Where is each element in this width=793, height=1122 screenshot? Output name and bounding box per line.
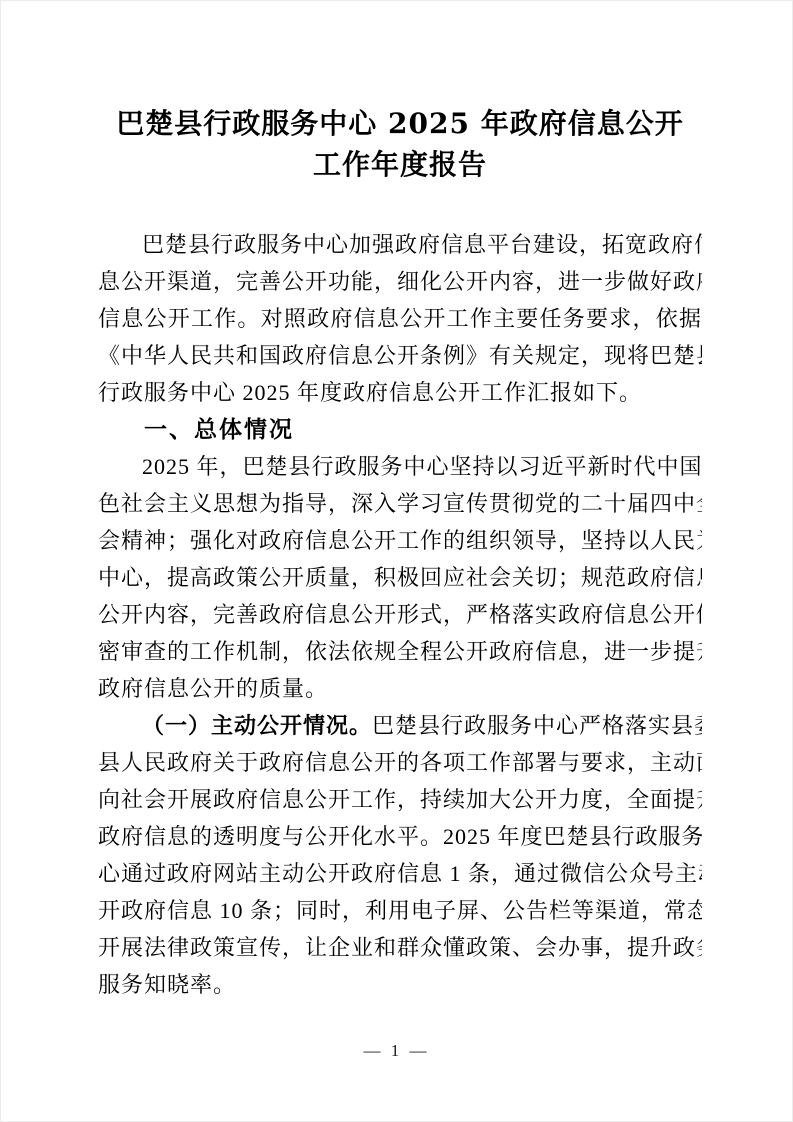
text-line: 开展法律政策宣传，让企业和群众懂政策、会办事，提升政务: [98, 929, 702, 966]
text-line: 2025 年，巴楚县行政服务中心坚持以习近平新时代中国特: [98, 448, 702, 485]
text-line: 县人民政府关于政府信息公开的各项工作部署与要求，主动面: [98, 744, 702, 781]
text-line: 向社会开展政府信息公开工作，持续加大公开力度，全面提升: [98, 781, 702, 818]
paragraph-overall-situation: 2025 年，巴楚县行政服务中心坚持以习近平新时代中国特色社会主义思想为指导，深…: [98, 448, 702, 707]
text-line: 公开内容，完善政府信息公开形式，严格落实政府信息公开保: [98, 596, 702, 633]
text-line: 中心，提高政策公开质量，积极回应社会关切；规范政府信息: [98, 559, 702, 596]
text-line: 色社会主义思想为指导，深入学习宣传贯彻党的二十届四中全: [98, 485, 702, 522]
document-page: 巴楚县行政服务中心 2025 年政府信息公开 工作年度报告 巴楚县行政服务中心加…: [0, 0, 793, 1122]
text-line: 行政服务中心 2025 年度政府信息公开工作汇报如下。: [98, 374, 702, 411]
paragraph-intro: 巴楚县行政服务中心加强政府信息平台建设，拓宽政府信息公开渠道，完善公开功能，细化…: [98, 226, 702, 411]
document-body: 巴楚县行政服务中心加强政府信息平台建设，拓宽政府信息公开渠道，完善公开功能，细化…: [98, 226, 702, 1003]
proactive-disclosure-lines: 县人民政府关于政府信息公开的各项工作部署与要求，主动面向社会开展政府信息公开工作…: [98, 744, 702, 1003]
section-heading-overall-situation: 一、总体情况: [98, 411, 702, 448]
text-line: 会精神；强化对政府信息公开工作的组织领导，坚持以人民为: [98, 522, 702, 559]
proactive-disclosure-lead: （一）主动公开情况。: [142, 713, 372, 738]
paragraph-proactive-disclosure: （一）主动公开情况。巴楚县行政服务中心严格落实县委、 县人民政府关于政府信息公开…: [98, 707, 702, 1003]
text-line: 政府信息的透明度与公开化水平。2025 年度巴楚县行政服务中: [98, 818, 702, 855]
text-line: 《中华人民共和国政府信息公开条例》有关规定，现将巴楚县: [98, 337, 702, 374]
text-line: 心通过政府网站主动公开政府信息 1 条，通过微信公众号主动公: [98, 855, 702, 892]
proactive-disclosure-lead-line-rest: 巴楚县行政服务中心严格落实县委、: [372, 713, 702, 738]
text-line: 开政府信息 10 条；同时，利用电子屏、公告栏等渠道，常态化: [98, 892, 702, 929]
text-line: 政府信息公开的质量。: [98, 670, 702, 707]
text-line: 息公开渠道，完善公开功能，细化公开内容，进一步做好政府: [98, 263, 702, 300]
document-title-line-2: 工作年度报告: [98, 144, 702, 185]
document-content: 巴楚县行政服务中心 2025 年政府信息公开 工作年度报告 巴楚县行政服务中心加…: [1, 103, 792, 1003]
text-line: 信息公开工作。对照政府信息公开工作主要任务要求，依据: [98, 300, 702, 337]
document-title-line-1: 巴楚县行政服务中心 2025 年政府信息公开: [98, 103, 702, 144]
proactive-disclosure-lead-line: （一）主动公开情况。巴楚县行政服务中心严格落实县委、: [98, 707, 702, 744]
text-line: 巴楚县行政服务中心加强政府信息平台建设，拓宽政府信: [98, 226, 702, 263]
text-line: 服务知晓率。: [98, 966, 702, 1003]
document-title: 巴楚县行政服务中心 2025 年政府信息公开 工作年度报告: [98, 103, 702, 185]
page-number: — 1 —: [1, 1041, 792, 1061]
text-line: 密审查的工作机制，依法依规全程公开政府信息，进一步提升: [98, 633, 702, 670]
